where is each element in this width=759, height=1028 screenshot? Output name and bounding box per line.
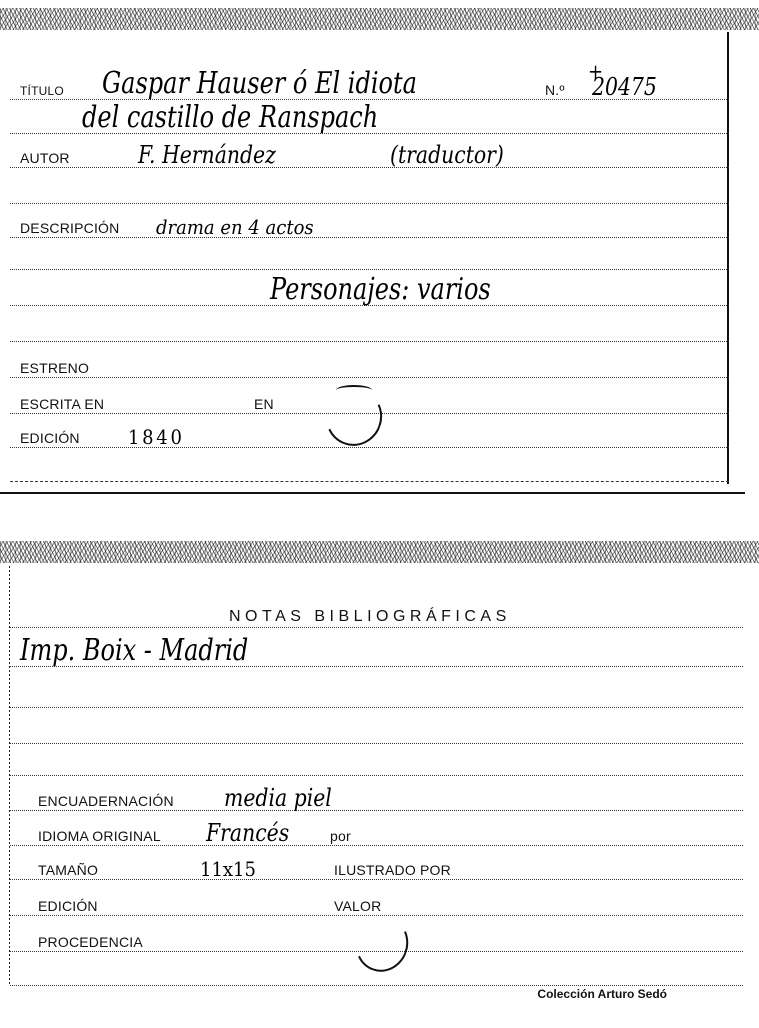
tamano-label: TAMAÑO — [38, 862, 98, 878]
valor-label: VALOR — [334, 898, 381, 914]
tamano-value: 11x15 — [200, 857, 256, 881]
edicion-back-label: EDICIÓN — [38, 898, 98, 914]
edicion-value: 1840 — [128, 425, 185, 449]
encuadernacion-row: ENCUADERNACIÓN media piel — [10, 787, 743, 811]
descripcion-extra-row: Personajes: varios — [10, 282, 729, 306]
idioma-row: IDIOMA ORIGINAL Francés por — [10, 822, 743, 846]
escrita-en-label: ESCRITA EN — [20, 396, 104, 412]
blank-row — [10, 318, 729, 342]
procedencia-label: PROCEDENCIA — [38, 934, 143, 950]
edicion-label: EDICIÓN — [20, 430, 80, 446]
blank-row — [10, 246, 729, 270]
blank-row — [10, 684, 743, 708]
idioma-original-label: IDIOMA ORIGINAL — [38, 828, 161, 844]
collection-credit: Colección Arturo Sedó — [537, 987, 667, 1001]
card-back-left-border — [9, 566, 10, 986]
card-divider — [0, 492, 745, 494]
descripcion-label: DESCRIPCIÓN — [20, 220, 119, 236]
encuadernacion-label: ENCUADERNACIÓN — [38, 793, 174, 809]
en-label: EN — [254, 396, 274, 412]
titulo-row-2: del castillo de Ranspach — [10, 110, 729, 134]
ilustrado-por-label: ILUSTRADO POR — [334, 862, 451, 878]
blank-row — [10, 458, 729, 482]
idioma-original-value: Francés — [206, 819, 289, 847]
tamano-row: TAMAÑO 11x15 ILUSTRADO POR — [10, 856, 743, 880]
card-front: TÍTULO Gaspar Hauser ó El idiota N.º + 2… — [0, 0, 759, 495]
titulo-row: TÍTULO Gaspar Hauser ó El idiota N.º + 2… — [10, 76, 729, 100]
encuadernacion-value: media piel — [224, 784, 332, 812]
titulo-value-line2: del castillo de Ranspach — [82, 100, 378, 135]
numero-value: 20475 — [592, 73, 657, 101]
blank-row — [10, 180, 729, 204]
estreno-label: ESTRENO — [20, 360, 89, 376]
notas-row: Imp. Boix - Madrid — [10, 643, 743, 667]
autor-row: AUTOR F. Hernández (traductor) — [10, 144, 729, 168]
notas-value: Imp. Boix - Madrid — [20, 633, 248, 668]
autor-label: AUTOR — [20, 150, 70, 166]
descripcion-extra: Personajes: varios — [270, 272, 491, 307]
notas-row-top — [10, 604, 743, 628]
estreno-row: ESTRENO — [10, 354, 729, 378]
blank-row — [10, 752, 743, 776]
descripcion-value: drama en 4 actos — [156, 215, 314, 239]
blank-row — [10, 720, 743, 744]
autor-value: F. Hernández — [138, 141, 276, 169]
numero-label: N.º — [545, 82, 565, 98]
autor-note: (traductor) — [390, 141, 504, 169]
titulo-value: Gaspar Hauser ó El idiota — [102, 66, 417, 101]
titulo-label: TÍTULO — [20, 84, 64, 98]
por-label: por — [330, 828, 351, 844]
edicion-back-row: EDICIÓN VALOR — [10, 892, 743, 916]
descripcion-row: DESCRIPCIÓN drama en 4 actos — [10, 214, 729, 238]
